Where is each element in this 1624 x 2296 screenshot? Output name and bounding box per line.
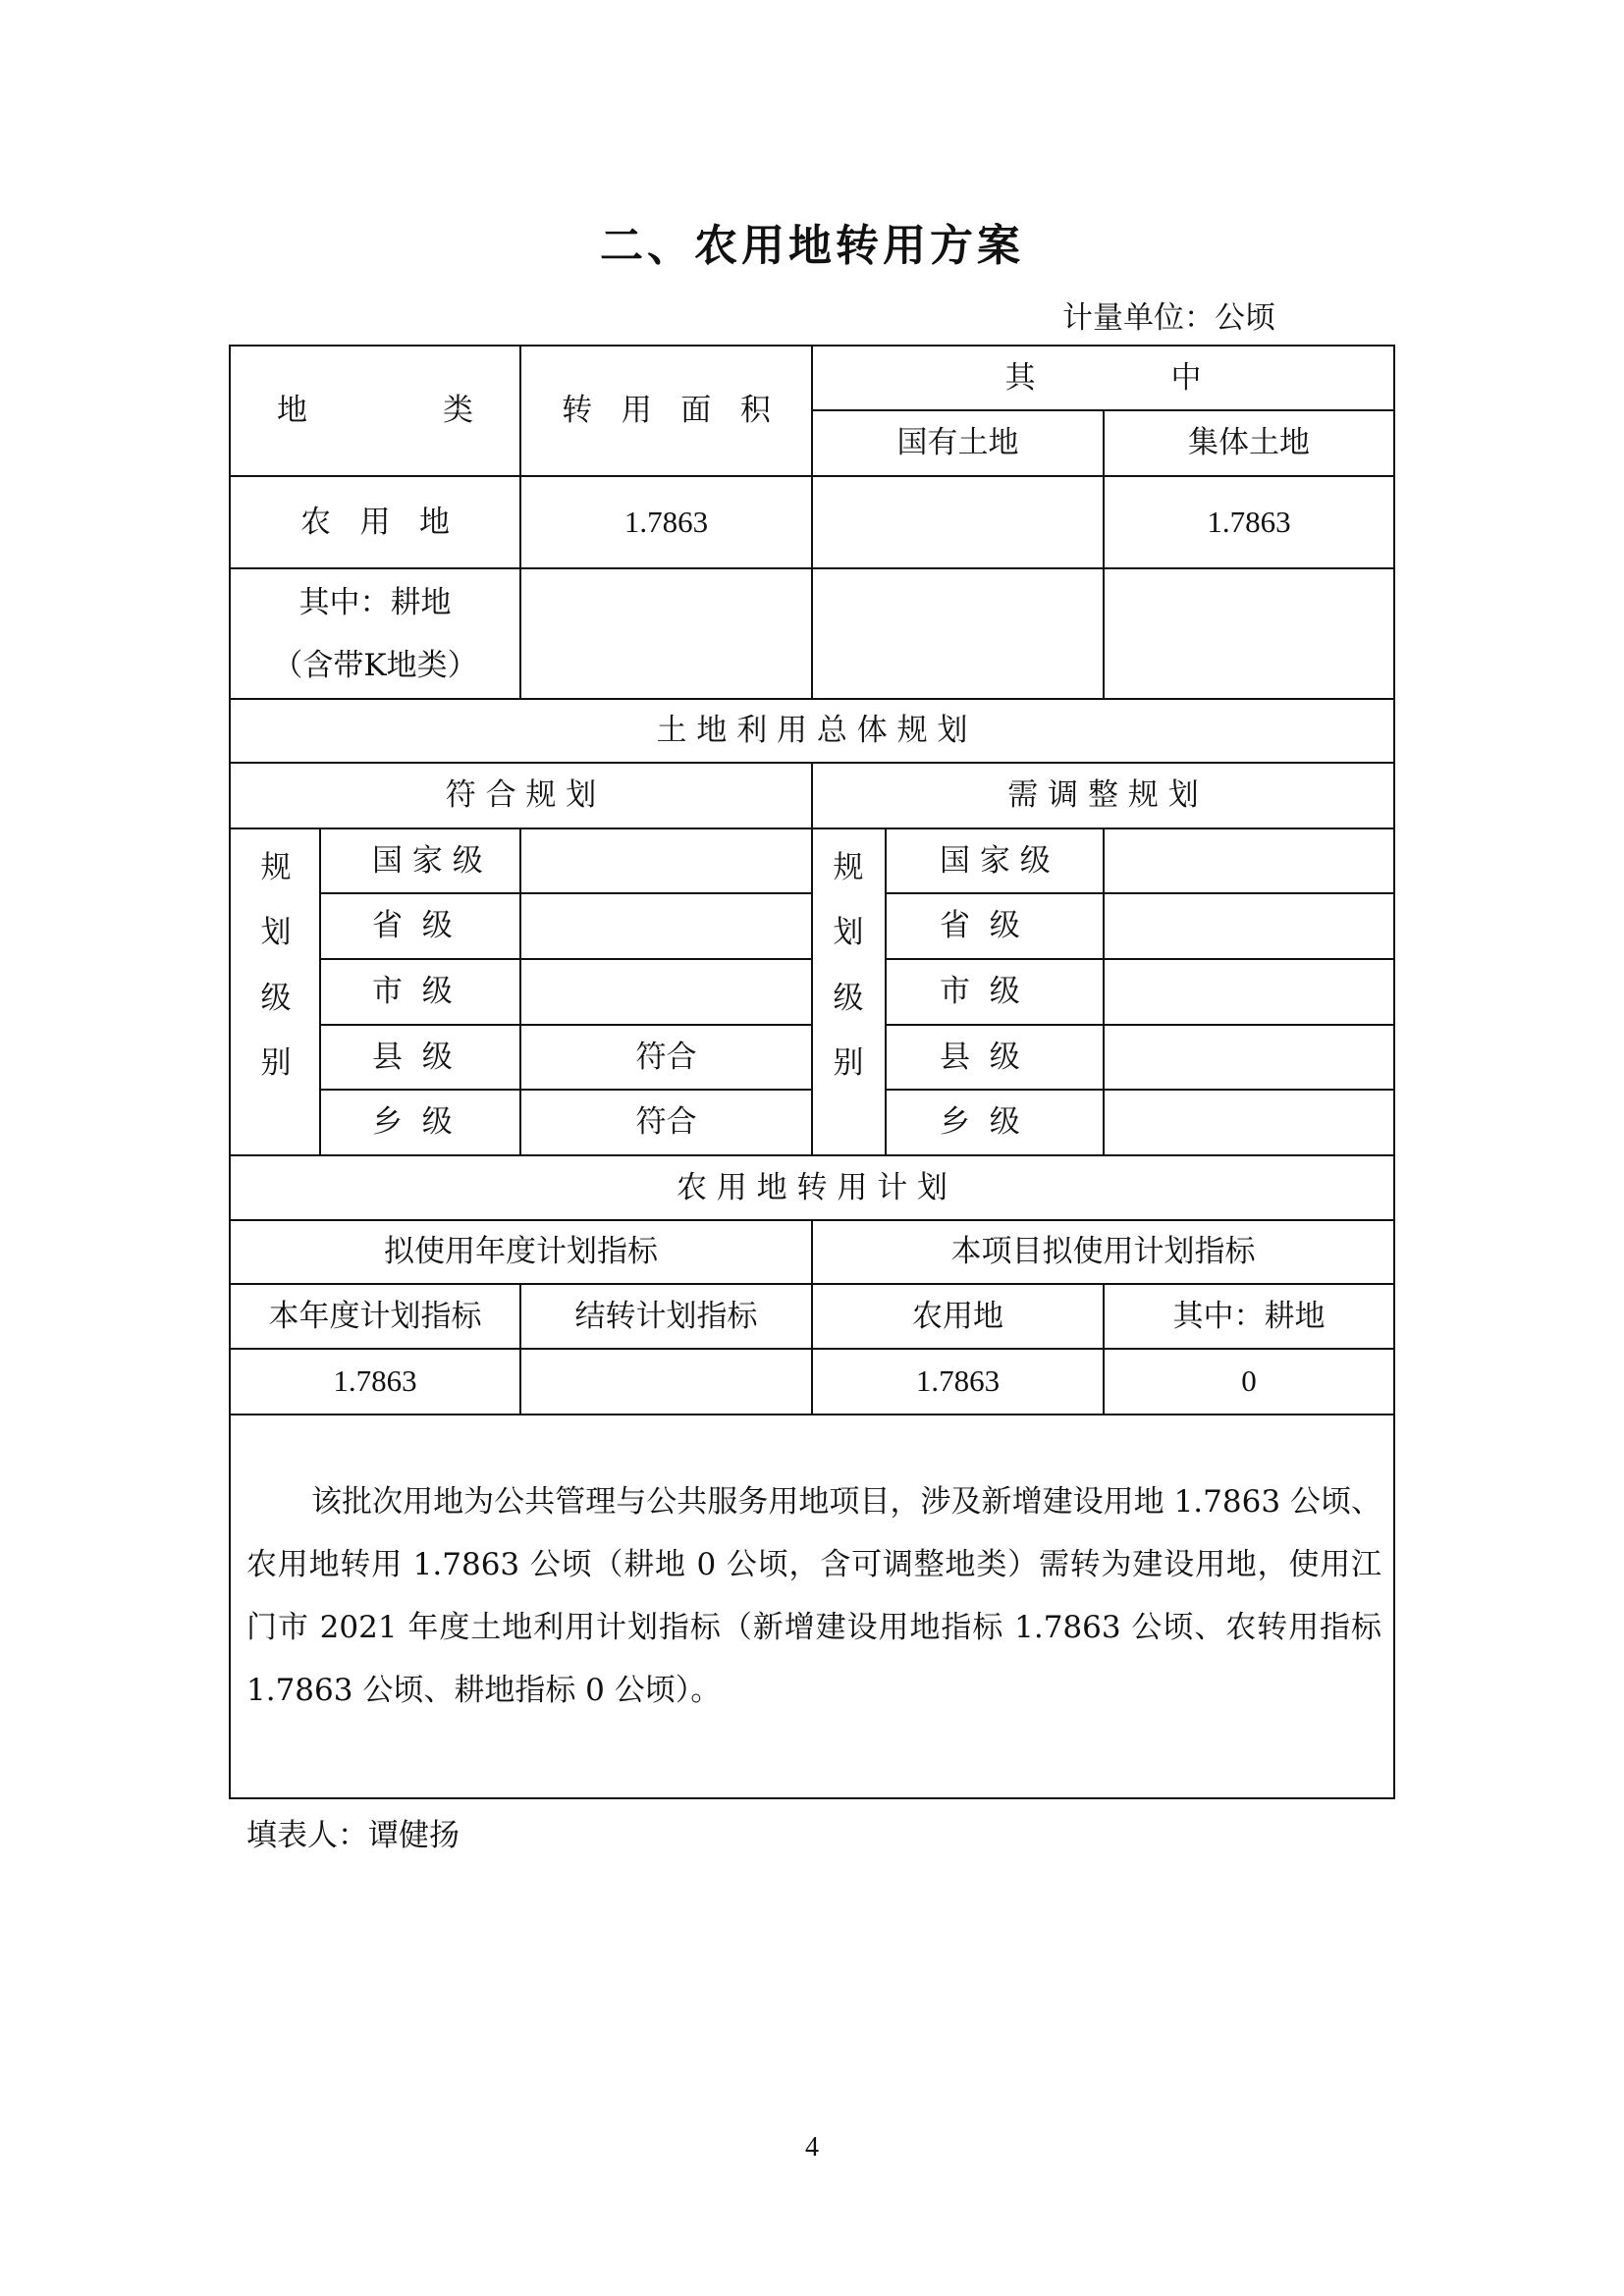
adjust-value-provincial: [1105, 894, 1393, 958]
level-label-township: 乡 级: [372, 1091, 519, 1154]
subheader-agricultural-land: 农用地: [813, 1285, 1103, 1348]
subheader-carryover-quota: 结转计划指标: [521, 1285, 811, 1348]
level-axis-char: 规: [231, 842, 321, 886]
level-label-provincial: 省 级: [372, 894, 519, 958]
level-axis-char: 规: [812, 842, 885, 886]
conform-value-provincial: [521, 894, 811, 958]
header-conform-plan: 符 合 规 划: [231, 764, 811, 828]
value-cultivated-conversion-area: [521, 569, 811, 698]
value-state-land: [813, 477, 1103, 567]
level-axis-char: 别: [231, 1038, 321, 1082]
adjust-level-label-provincial: 省 级: [940, 894, 1103, 958]
conform-value-municipal: [521, 960, 811, 1024]
value-current-year-quota: 1.7863: [231, 1350, 519, 1414]
value-cultivated-collective-land: [1105, 569, 1393, 698]
unit-label: 计量单位：公顷: [1062, 293, 1275, 337]
table-border-right: [1393, 345, 1395, 1799]
page-number: 4: [0, 2132, 1624, 2163]
filled-by: 填表人：谭健扬: [246, 1810, 460, 1854]
adjust-value-municipal: [1105, 960, 1393, 1024]
adjust-value-national: [1105, 829, 1393, 892]
header-of-which: 其 中: [813, 347, 1393, 409]
adjust-value-township: [1105, 1091, 1393, 1154]
conform-value-township: 符合: [521, 1091, 811, 1154]
header-project-quota: 本项目拟使用计划指标: [813, 1221, 1393, 1283]
level-label-municipal: 市 级: [372, 960, 519, 1024]
value-collective-land: 1.7863: [1105, 477, 1393, 567]
row-label-agricultural-land: 农 用 地: [231, 477, 519, 567]
adjust-level-label-township: 乡 级: [940, 1091, 1103, 1154]
description-paragraph: 该批次用地为公共管理与公共服务用地项目，涉及新增建设用地 1.7863 公顷、农…: [246, 1470, 1381, 1722]
adjust-value-county: [1105, 1026, 1393, 1089]
section-overall-plan: 土 地 利 用 总 体 规 划: [231, 700, 1393, 762]
value-conversion-area: 1.7863: [521, 477, 811, 567]
header-state-land: 国有土地: [813, 411, 1103, 475]
document-title: 二、农用地转用方案: [0, 210, 1624, 273]
adjust-level-label-national: 国 家 级: [940, 829, 1103, 892]
conform-value-county: 符合: [521, 1026, 811, 1089]
row-label-cultivated-land: 其中：耕地 （含带K地类）: [231, 569, 519, 698]
subheader-cultivated-land: 其中：耕地: [1105, 1285, 1393, 1348]
header-adjust-plan: 需 调 整 规 划: [813, 764, 1393, 828]
value-project-cultivated-land: 0: [1105, 1350, 1393, 1414]
level-axis-char: 别: [812, 1038, 885, 1082]
level-label-national: 国 家 级: [372, 829, 519, 892]
level-axis-char: 级: [812, 973, 885, 1017]
section-conversion-plan: 农 用 地 转 用 计 划: [231, 1156, 1393, 1219]
subheader-current-year-quota: 本年度计划指标: [231, 1285, 519, 1348]
value-carryover-quota: [521, 1350, 811, 1414]
adjust-level-label-county: 县 级: [940, 1026, 1103, 1089]
value-project-agricultural-land: 1.7863: [813, 1350, 1103, 1414]
adjust-level-label-municipal: 市 级: [940, 960, 1103, 1024]
level-axis-char: 级: [231, 973, 321, 1017]
header-conversion-area: 转 用 面 积: [521, 347, 811, 475]
conform-value-national: [521, 829, 811, 892]
level-axis-char: 划: [812, 907, 885, 951]
header-land-type: 地 类: [231, 347, 519, 475]
col-divider: [885, 828, 887, 1155]
level-label-county: 县 级: [372, 1026, 519, 1089]
level-axis-char: 划: [231, 907, 321, 951]
header-collective-land: 集体土地: [1105, 411, 1393, 475]
value-cultivated-state-land: [813, 569, 1103, 698]
table-border-bottom: [229, 1797, 1395, 1799]
header-annual-quota: 拟使用年度计划指标: [231, 1221, 811, 1283]
